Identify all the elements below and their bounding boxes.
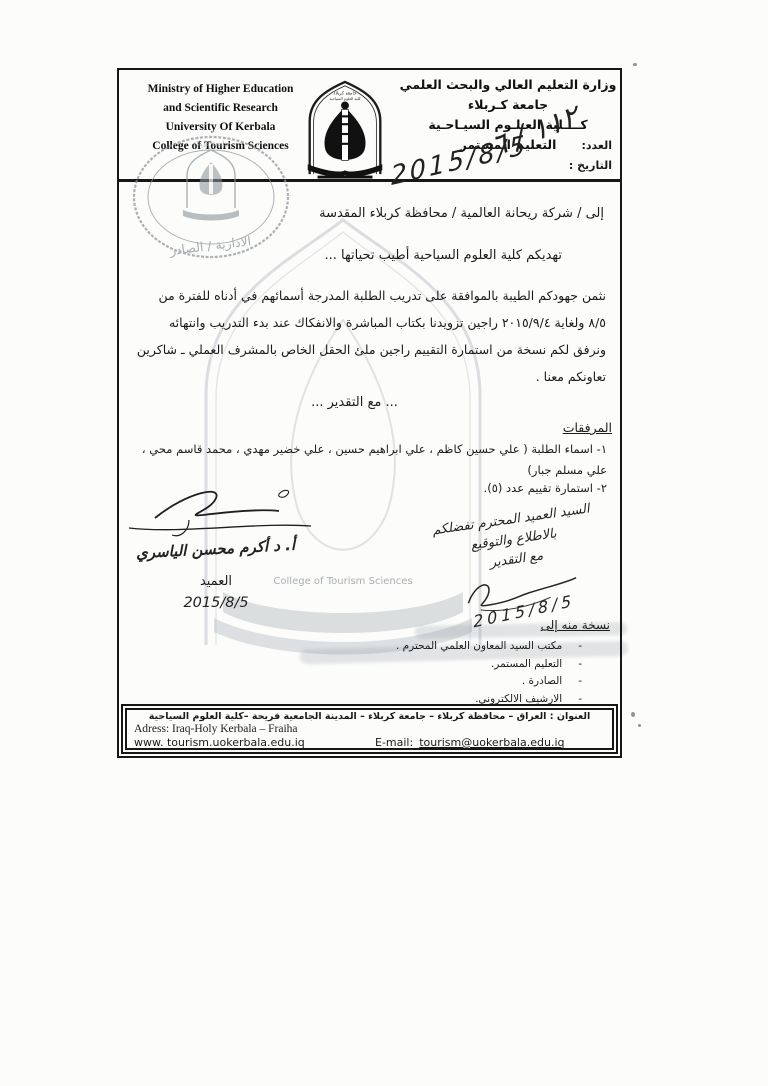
date-label: التاريخ : (569, 159, 612, 172)
ministry-line-2: and Scientific Research (123, 99, 318, 118)
footer-address-english: Adress: Iraq-Holy Kerbala – Fraiha (134, 723, 298, 735)
copy-to-item: -الصادرة . (139, 673, 582, 691)
body-paragraph-line: تعاونكم معنا . (131, 369, 606, 384)
dean-signature-date: 2015/8/5 (153, 595, 279, 611)
emblem-minaret-band (341, 133, 350, 135)
dash-marker: - (578, 691, 582, 709)
signature-stroke (155, 492, 279, 518)
attachment-item: ٢- استمارة تقييم عدد (٥). (484, 481, 607, 495)
scan-speck (638, 724, 641, 727)
emblem-base-band (318, 176, 373, 179)
copy-to-heading: نسخة منه إلى (541, 618, 610, 632)
email-label: E-mail: (375, 736, 413, 749)
ref-number-label: العدد: (581, 139, 612, 152)
stamp-text-top: جامعة كربلاء (193, 140, 229, 148)
stamp-emblem-book (183, 210, 239, 221)
copy-to-label: التعليم المستمر. (491, 658, 562, 670)
dash-marker: - (578, 656, 582, 674)
signature-tail (172, 520, 189, 536)
emblem-open-book (308, 164, 383, 177)
letter-footer: العنوان : العراق – محافظة كربلاء – جامعة… (125, 708, 614, 750)
copy-to-label: الارشيف الالكتروني. (475, 693, 562, 705)
letter-frame: Ministry of Higher Education and Scienti… (117, 68, 622, 758)
stamp-emblem-minaret (209, 164, 213, 194)
stamp-text-bottom: الادارية / الصادر (168, 233, 252, 259)
body-paragraph-line: نثمن جهودكم الطيبة بالموافقة على تدريب ا… (131, 288, 606, 303)
recipient-line: إلى / شركة ريحانة العالمية / محافظة كربل… (319, 206, 604, 221)
footer-website: www. tourism.uokerbala.edu.iq (134, 736, 305, 749)
copy-to-label: مكتب السيد المعاون العلمي المحترم . (396, 640, 562, 652)
emblem-minaret-band (341, 123, 350, 125)
emblem-text-sub: كلية العلوم السياحية (329, 97, 360, 102)
signature-underline (129, 525, 311, 530)
emblem-minaret-band (341, 143, 350, 145)
scan-speck (631, 712, 635, 717)
attachments-heading: المرفقات (563, 420, 612, 435)
emblem-minaret-band (341, 115, 350, 117)
outgoing-mail-stamp: جامعة كربلاء الادارية / الصادر (125, 128, 297, 270)
attachment-item: ١- اسماء الطلبة ( علي حسين كاظم ، علي اب… (137, 439, 607, 481)
closing-regards: ... مع التقدير ... (119, 395, 590, 410)
signature-initials (279, 490, 289, 497)
handwritten-approval-note: السيد العميد المحترم تفضلكم بالاطلاع وال… (408, 496, 627, 637)
footer-address-arabic: العنوان : العراق – محافظة كربلاء – جامعة… (127, 711, 612, 722)
ministry-line-ar: وزارة التعليم العالي والبحث العلمي (398, 75, 618, 95)
emblem-text-top: جامعة كربلاء (333, 91, 356, 97)
footer-email: E-mail:tourism@uokerbala.edu.iq (375, 736, 565, 749)
copy-to-item: -مكتب السيد المعاون العلمي المحترم . (139, 638, 582, 656)
body-paragraph-line: ونرفق لكم نسخة من استمارة التقييم راجين … (131, 342, 606, 357)
body-paragraph-line: ٨/٥ ولغاية ٢٠١٥/٩/٤ راجين تزويدنا بكتاب … (131, 315, 606, 330)
dean-title: العميد (161, 574, 271, 589)
copy-to-item: -التعليم المستمر. (139, 656, 582, 674)
copy-to-item: -الارشيف الالكتروني. (139, 691, 582, 709)
college-emblem-logo: جامعة كربلاء كلية العلوم السياحية (295, 78, 395, 180)
university-name-ar: جامعة كـربلاء (398, 95, 618, 115)
scanned-letter-page: College of Tourism Sciences Ministry of … (0, 0, 768, 1086)
dash-marker: - (578, 673, 582, 691)
dash-marker: - (578, 638, 582, 656)
email-address: tourism@uokerbala.edu.iq (419, 736, 564, 749)
greeting-line: تهديكم كلية العلوم السياحية أطيب تحياتها… (325, 248, 562, 263)
copy-to-label: الصادرة . (522, 675, 562, 687)
ministry-line-1: Ministry of Higher Education (123, 80, 318, 99)
scan-speck (633, 63, 637, 66)
copy-to-list: -مكتب السيد المعاون العلمي المحترم . -ال… (139, 638, 582, 708)
